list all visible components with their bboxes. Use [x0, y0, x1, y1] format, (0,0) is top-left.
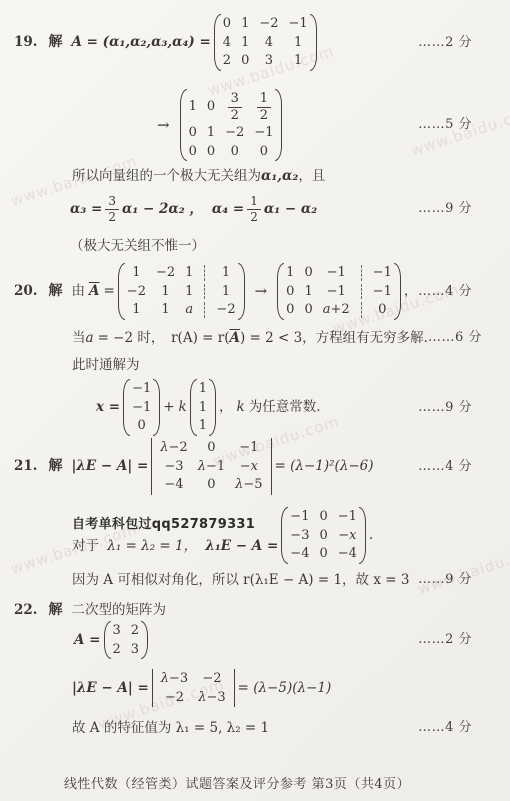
q21-eigenvalues: λ₁ = λ₂ = 1， — [107, 538, 197, 554]
q20-var-k: k — [179, 398, 187, 416]
q19-equation-lead: A = (α₁,α₂,α₃,α₄) = — [72, 33, 211, 51]
q19-matrix-rref: 10321201−2−10000 — [180, 88, 283, 162]
q21-step1: 21. 解 |λE − A| = λ−20−1−3λ−1−x−40λ−5 = (… — [14, 437, 472, 496]
q20-augmented-symbol: A — [229, 329, 239, 347]
comma: ， — [219, 398, 233, 416]
q19-step1: 19. 解 A = (α₁,α₂,α₃,α₄) = 01−2−141412031… — [14, 13, 472, 72]
question-number: 20. — [14, 282, 38, 300]
q19-rel-a4-rhs: α₁ − α₂ — [264, 200, 317, 218]
q20-text-by: 由 — [72, 282, 86, 300]
q22-det-line: |λE − A| = λ−3−2−2λ−3 = (λ−5)(λ−1) — [72, 668, 472, 708]
arrow-icon: → — [255, 281, 268, 301]
q22-determinant: λ−3−2−2λ−3 — [152, 668, 235, 708]
q21-det-lhs: |λE − A| = — [72, 457, 149, 475]
q21-text: 因为 A 可相似对角化，所以 r(λ₁E − A) = 1，故 x = 3 — [72, 571, 409, 589]
q21-conclusion: 因为 A 可相似对角化，所以 r(λ₁E − A) = 1，故 x = 3 ……… — [72, 571, 472, 589]
q19-note-text: （极大无关组不惟一） — [70, 237, 205, 255]
q20-augmented-matrix: 1−211−211111a−2 — [118, 262, 245, 321]
q21-det-rhs: = (λ−1)²(λ−6) — [275, 457, 374, 475]
q22-text: 二次型的矩阵为 — [72, 601, 167, 619]
q20-text: = −2 时， r(A) = r( — [98, 329, 230, 347]
page-footer: 线性代数（经管类）试题答案及评分参考 第3页（共4页） — [64, 773, 410, 792]
q21-eigen-block: 自考单科包过qq527879331 对于 λ₁ = λ₂ = 1， λ₁E − … — [72, 506, 472, 565]
solve-label: 解 — [49, 601, 63, 620]
q21-eigen-text-column: 自考单科包过qq527879331 对于 λ₁ = λ₂ = 1， λ₁E − … — [72, 516, 278, 555]
score-mark: ……4 分 — [418, 719, 472, 737]
q19-relations: α₃ = 32 α₁ − 2α₂ ， α₄ = 12 α₁ − α₂ ……9 分 — [70, 195, 472, 223]
score-mark: ……5 分 — [418, 116, 472, 134]
q20-particular-vector: −1−10 — [123, 378, 160, 437]
comma: ， — [404, 282, 418, 300]
q22-matrix-line: A = 3223 ……2 分 — [74, 620, 472, 660]
q19-text: ，且 — [298, 167, 325, 185]
score-mark: ……6 分 — [428, 329, 482, 347]
question-number: 21. — [14, 457, 38, 475]
question-number: 22. — [14, 601, 38, 619]
solve-label: 解 — [49, 33, 63, 52]
q20-x-equals: x = — [96, 398, 120, 416]
q20-step1: 20. 解 由 A = 1−211−211111a−2 → 10−1−101−1… — [14, 262, 472, 321]
score-mark: ……9 分 — [418, 399, 472, 417]
score-mark: ……2 分 — [418, 34, 472, 52]
q20-text: ) = 2 < 3，方程组有无穷多解. — [240, 329, 428, 347]
plus-sign: + — [163, 398, 174, 416]
q20-general-solution: x = −1−10 + k 111 ， k 为任意常数. ……9 分 — [96, 378, 472, 437]
q19-matrix-a: 01−2−141412031 — [214, 13, 317, 72]
q22-quadratic-form-matrix: 3223 — [104, 620, 149, 660]
q20-solution-label: 此时通解为 — [72, 356, 472, 374]
q20-text: 当 — [72, 329, 86, 347]
period: . — [369, 526, 373, 544]
arrow-icon: → — [157, 115, 170, 135]
q19-conclusion: 所以向量组的一个极大无关组为 α₁,α₂ ，且 — [72, 167, 472, 185]
q22-a-equals: A = — [74, 631, 101, 649]
score-mark: ……4 分 — [418, 458, 472, 476]
solve-label: 解 — [49, 282, 63, 301]
solve-label: 解 — [49, 457, 63, 476]
q19-rel-a4: α₄ = — [212, 200, 244, 218]
q19-rel-a3-rhs: α₁ − 2α₂ ， — [122, 200, 203, 218]
score-mark: ……2 分 — [418, 631, 472, 649]
q20-var-k: k — [237, 398, 245, 416]
fraction-3-2: 32 — [105, 195, 119, 223]
q21-matrix-lhs: λ₁E − A = — [205, 538, 278, 554]
q21-eigen-matrix: −10−1−30−x−40−4 — [281, 506, 366, 565]
q22-det-lhs: |λE − A| = — [72, 679, 149, 697]
q19-basis-vectors: α₁,α₂ — [261, 167, 298, 185]
exam-answer-page: www.baidu.com www.baidu.com www.baidu.co… — [0, 0, 510, 801]
q19-text: 所以向量组的一个极大无关组为 — [72, 167, 261, 185]
q20-text: 此时通解为 — [72, 356, 140, 374]
q21-determinant: λ−20−1−3λ−1−x−40λ−5 — [151, 437, 271, 496]
q19-rel-a3: α₃ = — [70, 200, 102, 218]
q22-eigenvalues-line: 故 A 的特征值为 λ₁ = 5, λ₂ = 1 ……4 分 — [72, 719, 472, 737]
q22-det-rhs: = (λ−5)(λ−1) — [238, 679, 332, 697]
score-mark: ……9 分 — [418, 200, 472, 218]
equals-sign: = — [103, 282, 114, 300]
q22-text: 故 A 的特征值为 λ₁ = 5, λ₂ = 1 — [72, 719, 269, 737]
q20-augmented-symbol: A — [89, 282, 99, 300]
q20-rank-line: 当 a = −2 时， r(A) = r( A ) = 2 < 3，方程组有无穷… — [72, 329, 472, 347]
q19-note: （极大无关组不惟一） — [70, 237, 472, 255]
fraction-1-2: 12 — [247, 195, 261, 223]
q21-ad-watermark-text: 自考单科包过qq527879331 — [72, 516, 255, 534]
q22-intro: 22. 解 二次型的矩阵为 — [14, 601, 472, 620]
score-mark: ……9 分 — [418, 571, 472, 589]
q19-step2: → 10321201−2−10000 ……5 分 — [150, 88, 472, 162]
q21-eigen-line: 对于 λ₁ = λ₂ = 1， λ₁E − A = — [72, 537, 278, 555]
q21-text: 对于 — [72, 538, 99, 554]
question-number: 19. — [14, 33, 38, 51]
q20-var-a: a — [86, 329, 94, 347]
q20-reduced-matrix: 10−1−101−1−100a+20 — [277, 262, 401, 321]
score-mark: ……4 分 — [418, 283, 472, 301]
q20-text: 为任意常数. — [249, 398, 321, 416]
q20-basis-vector: 111 — [190, 378, 216, 437]
